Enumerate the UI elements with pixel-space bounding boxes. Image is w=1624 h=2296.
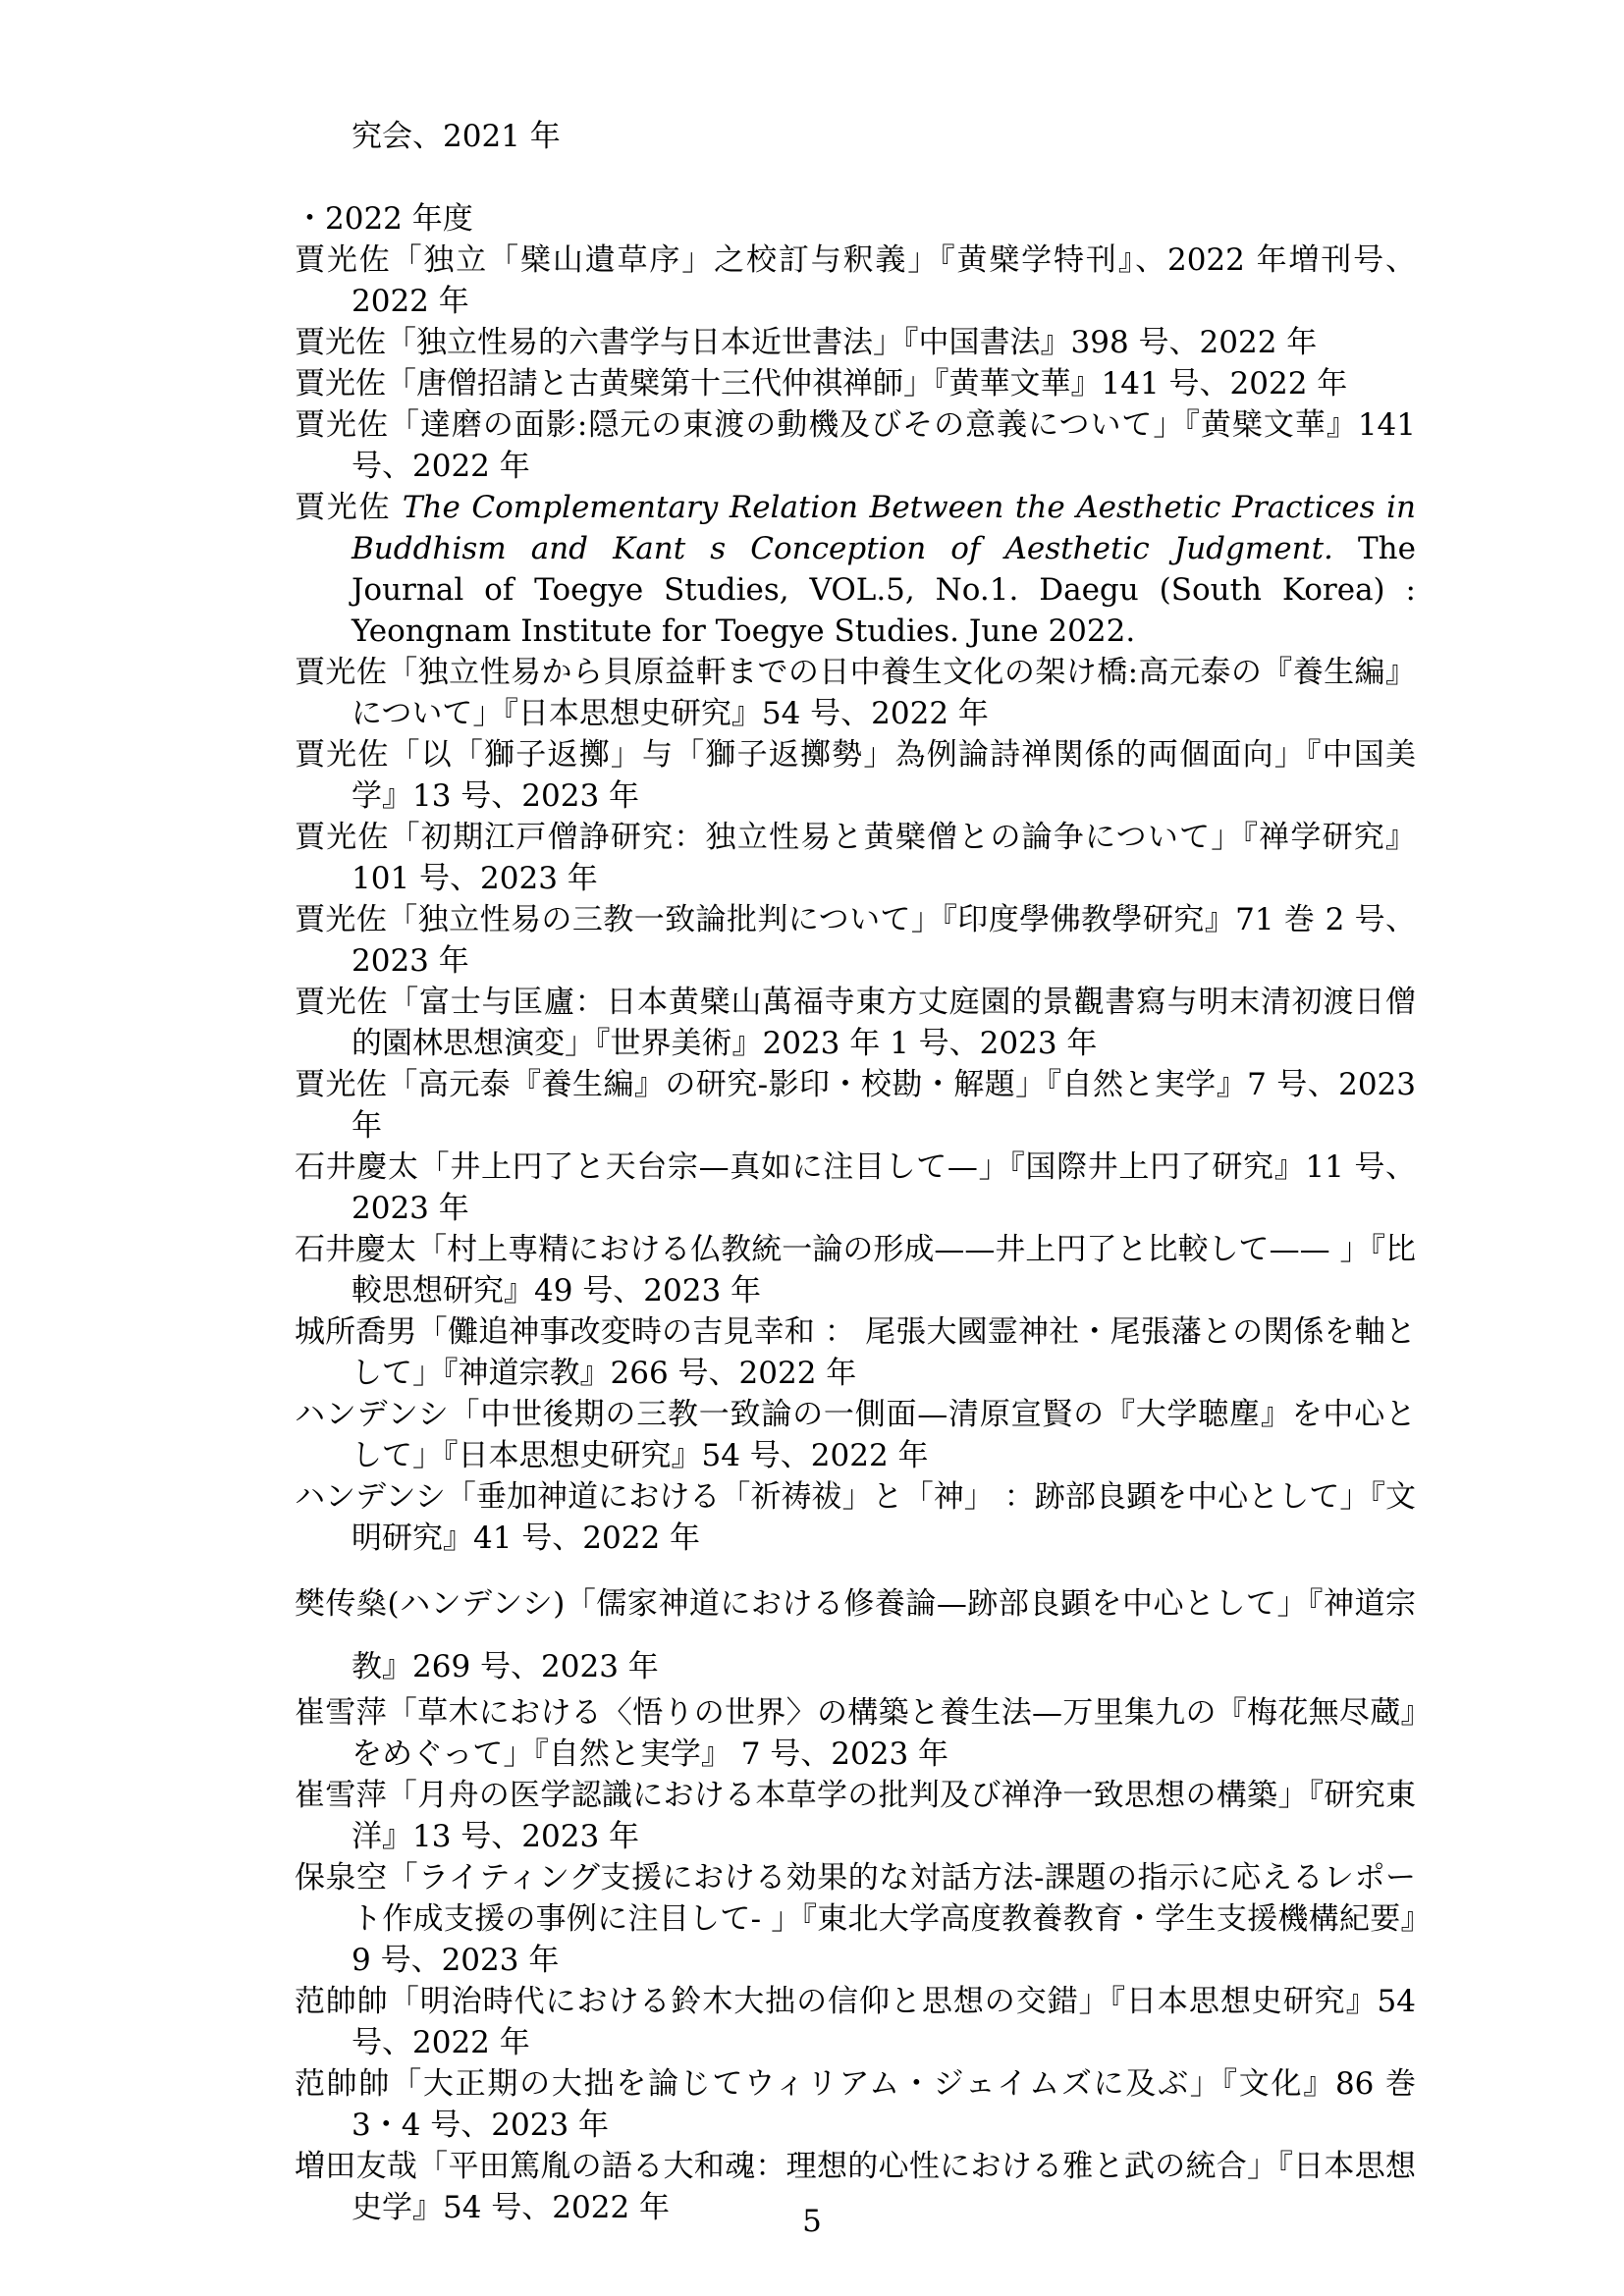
entry-text: 賈光佐「独立性易から貝原益軒までの日中養生文化の架け橋:高元泰の『養生編』につい… [295,655,1416,731]
entry-text-italic: The Complementary Relation Between the A… [352,490,1416,566]
publication-entry: 石井慶太「村上専精における仏教統一論の形成——井上円了と比較して—— 」『比較思… [295,1229,1416,1311]
entry-text: 范帥帥「大正期の大拙を論じてウィリアム・ジェイムズに及ぶ」『文化』86 巻 3・… [295,2066,1416,2143]
entry-text: 賈光佐「富士与匡廬：日本黄檗山萬福寺東方丈庭園的景觀書寫与明末清初渡日僧的園林思… [295,985,1416,1061]
publication-entry: 崔雪萍「月舟の医学認識における本草学の批判及び禅浄一致思想の構築」『研究東洋』1… [295,1775,1416,1857]
document-page: 究会、2021 年 ・2022 年度 賈光佐「独立「檗山遺草序」之校訂与釈義」『… [0,0,1624,2296]
entry-text: 賈光佐「独立「檗山遺草序」之校訂与釈義」『黄檗学特刊』、2022 年増刊号、20… [295,242,1416,319]
publication-entry: ハンデンシ「垂加神道における「祈祷祓」と「神」 ：跡部良顕を中心として」『文明研… [295,1476,1416,1559]
entry-text: ハンデンシ「中世後期の三教一致論の一側面—清原宣賢の『大学聴塵』を中心として」『… [295,1397,1416,1473]
publication-entry: 城所喬男「儺追神事改変時の吉見幸和 ： 尾張大國霊神社・尾張藩との関係を軸として… [295,1311,1416,1394]
publication-entry: 范帥帥「大正期の大拙を論じてウィリアム・ジェイムズに及ぶ」『文化』86 巻 3・… [295,2063,1416,2146]
carryover-line: 究会、2021 年 [295,116,1416,157]
publication-entry: 石井慶太「井上円了と天台宗—真如に注目して—」『国際井上円了研究』11 号、20… [295,1147,1416,1229]
entry-text: 賈光佐「独立性易的六書学与日本近世書法」『中国書法』398 号、2022 年 [295,325,1317,360]
entry-text: 范帥帥「明治時代における鈴木大拙の信仰と思想の交錯」『日本思想史研究』54 号、… [295,1984,1416,2060]
publication-entry: 賈光佐「独立「檗山遺草序」之校訂与釈義」『黄檗学特刊』、2022 年増刊号、20… [295,240,1416,322]
entry-text: 崔雪萍「月舟の医学認識における本草学の批判及び禅浄一致思想の構築」『研究東洋』1… [295,1778,1416,1854]
publication-entry: 賈光佐「独立性易的六書学与日本近世書法」『中国書法』398 号、2022 年 [295,322,1416,363]
publication-entry: 賈光佐「唐僧招請と古黄檗第十三代仲祺禅師」『黄華文華』141 号、2022 年 [295,363,1416,404]
entry-text: 保泉空「ライティング支援における効果的な対話方法-課題の指示に応えるレポート作成… [295,1860,1416,1978]
entry-text: 樊传燊(ハンデンシ)「儒家神道における修養論—跡部良顕を中心として」『神道宗教』… [295,1586,1416,1684]
publication-entry: 崔雪萍「草木における〈悟りの世界〉の構築と養生法—万里集九の『梅花無尽蔵』をめぐ… [295,1692,1416,1775]
publication-entry: 賈光佐 The Complementary Relation Between t… [295,487,1416,652]
entry-text: 賈光佐「唐僧招請と古黄檗第十三代仲祺禅師」『黄華文華』141 号、2022 年 [295,366,1347,401]
entry-text: 石井慶太「井上円了と天台宗—真如に注目して—」『国際井上円了研究』11 号、20… [295,1149,1416,1226]
entry-text: 崔雪萍「草木における〈悟りの世界〉の構築と養生法—万里集九の『梅花無尽蔵』をめぐ… [295,1695,1416,1772]
publication-entry: 賈光佐「富士与匡廬：日本黄檗山萬福寺東方丈庭園的景觀書寫与明末清初渡日僧的園林思… [295,982,1416,1064]
publication-entry: 賈光佐「独立性易の三教一致論批判について」『印度學佛教學研究』71 巻 2 号、… [295,899,1416,982]
entry-text: ハンデンシ「垂加神道における「祈祷祓」と「神」 ：跡部良顕を中心として」『文明研… [295,1479,1416,1556]
entry-text: 石井慶太「村上専精における仏教統一論の形成——井上円了と比較して—— 」『比較思… [295,1232,1416,1308]
publication-entry: 賈光佐「初期江戸僧諍研究：独立性易と黄檗僧との論争について」『禅学研究』101 … [295,817,1416,899]
fiscal-year-heading: ・2022 年度 [295,198,1416,240]
publication-entry: 范帥帥「明治時代における鈴木大拙の信仰と思想の交錯」『日本思想史研究』54 号、… [295,1981,1416,2063]
publication-entry: 保泉空「ライティング支援における効果的な対話方法-課題の指示に応えるレポート作成… [295,1857,1416,1981]
entry-text: 賈光佐「以「獅子返擲」与「獅子返擲勢」為例論詩禅関係的両個面向」『中国美学』13… [295,737,1416,814]
entry-text: 賈光佐「独立性易の三教一致論批判について」『印度學佛教學研究』71 巻 2 号、… [295,902,1416,979]
entry-text: 賈光佐「高元泰『養生編』の研究-影印・校勘・解題」『自然と実学』7 号、2023… [295,1067,1416,1144]
entry-text: 賈光佐「初期江戸僧諍研究：独立性易と黄檗僧との論争について」『禅学研究』101 … [295,820,1416,896]
publication-list-section: 究会、2021 年 ・2022 年度 賈光佐「独立「檗山遺草序」之校訂与釈義」『… [295,116,1416,2228]
publication-list: 賈光佐「独立「檗山遺草序」之校訂与釈義」『黄檗学特刊』、2022 年増刊号、20… [295,240,1416,2228]
entry-text: 賈光佐 [295,490,403,525]
entry-text: 城所喬男「儺追神事改変時の吉見幸和 ： 尾張大國霊神社・尾張藩との関係を軸として… [295,1314,1416,1391]
publication-entry: ハンデンシ「中世後期の三教一致論の一側面—清原宣賢の『大学聴塵』を中心として」『… [295,1394,1416,1476]
publication-entry: 樊传燊(ハンデンシ)「儒家神道における修養論—跡部良顕を中心として」『神道宗教』… [295,1573,1416,1698]
publication-entry: 賈光佐「独立性易から貝原益軒までの日中養生文化の架け橋:高元泰の『養生編』につい… [295,652,1416,734]
publication-entry: 賈光佐「以「獅子返擲」与「獅子返擲勢」為例論詩禅関係的両個面向」『中国美学』13… [295,734,1416,817]
publication-entry: 賈光佐「達磨の面影:隠元の東渡の動機及びその意義について」『黄檗文華』141 号… [295,404,1416,487]
page-number: 5 [0,2204,1624,2239]
publication-entry: 賈光佐「高元泰『養生編』の研究-影印・校勘・解題」『自然と実学』7 号、2023… [295,1064,1416,1147]
entry-text: 賈光佐「達磨の面影:隠元の東渡の動機及びその意義について」『黄檗文華』141 号… [295,407,1416,484]
